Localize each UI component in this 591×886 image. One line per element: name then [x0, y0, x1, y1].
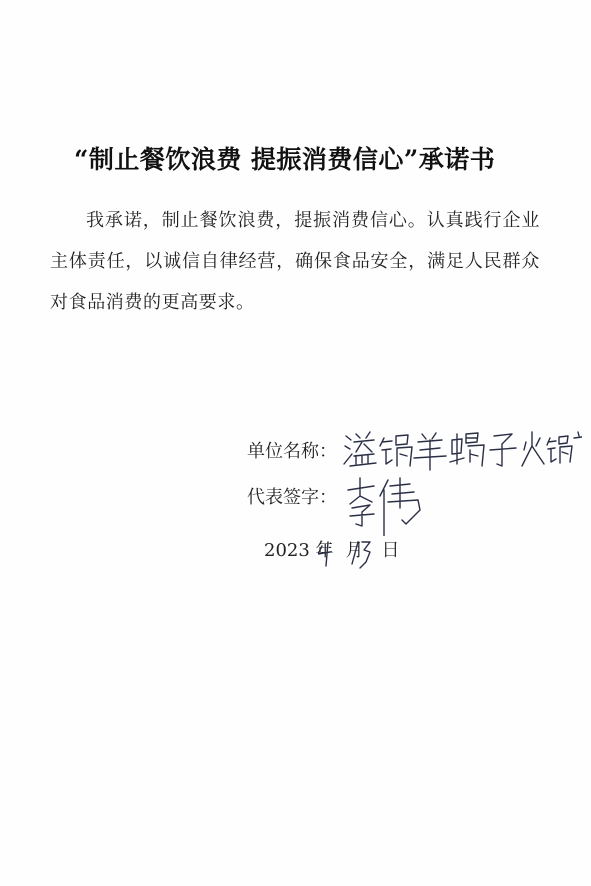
representative-signature [344, 474, 424, 536]
unit-name-handwriting [342, 428, 582, 472]
unit-name-row: 单位名称： [247, 437, 337, 463]
title-part-1: “制止餐饮浪费 [74, 145, 242, 174]
commitment-paragraph: 我承诺，制止餐饮浪费，提振消费信心。认真践行企业主体责任，以诚信自律经营，确保食… [50, 200, 540, 323]
title-part-2: 提振消费信心”承诺书 [251, 145, 495, 174]
unit-name-label: 单位名称： [247, 441, 337, 462]
document-title: “制止餐饮浪费提振消费信心”承诺书 [74, 140, 524, 176]
date-handwriting [318, 534, 388, 570]
representative-label: 代表签字： [247, 487, 337, 508]
commitment-paragraph-block: 我承诺，制止餐饮浪费，提振消费信心。认真践行企业主体责任，以诚信自律经营，确保食… [50, 200, 540, 323]
document-page: “制止餐饮浪费提振消费信心”承诺书 我承诺，制止餐饮浪费，提振消费信心。认真践行… [0, 0, 591, 886]
date-year: 2023 [264, 540, 310, 561]
representative-row: 代表签字： [247, 483, 337, 509]
